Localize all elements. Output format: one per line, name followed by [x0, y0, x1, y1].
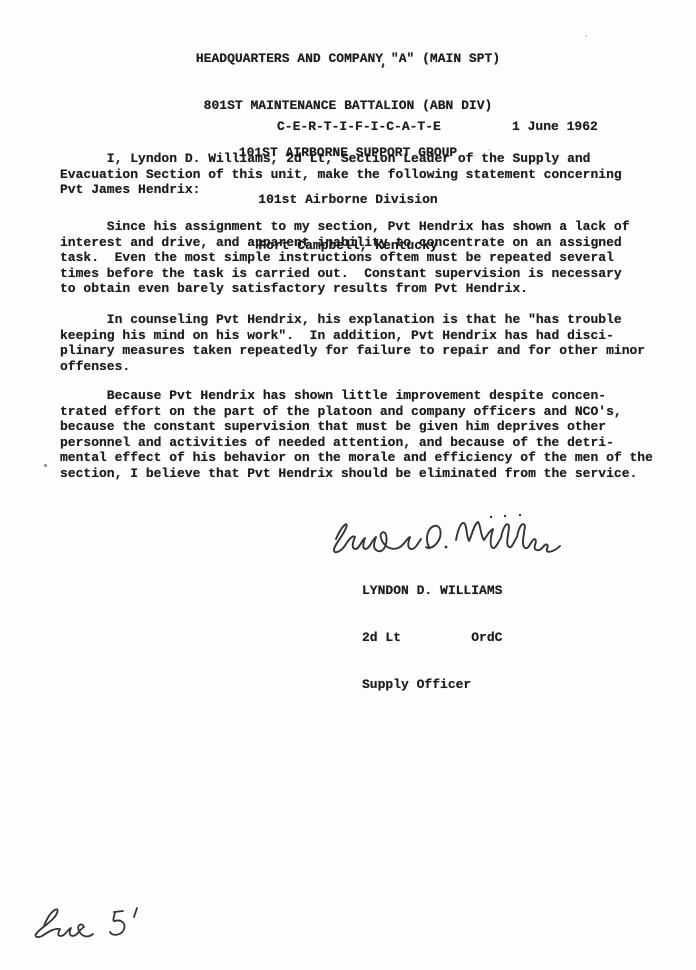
letterhead-battalion-line: 801ST MAINTENANCE BATTALION (ABN DIV): [0, 98, 696, 114]
paragraph-introduction: I, Lyndon D. Williams, 2d Lt, Section Le…: [60, 151, 622, 198]
scan-noise-dot: [44, 464, 47, 467]
paragraph-performance: Since his assignment to my section, Pvt …: [60, 219, 630, 297]
inclosure-annotation: [24, 898, 150, 948]
certificate-date: 1 June 1962: [512, 119, 598, 135]
signatory-rank: 2d Lt OrdC: [362, 630, 502, 646]
certificate-title: C-E-R-T-I-F-I-C-A-T-E: [277, 119, 441, 135]
signatory-title: Supply Officer: [362, 677, 502, 693]
signature-block: LYNDON D. WILLIAMS 2d Lt OrdC Supply Off…: [362, 552, 502, 724]
paragraph-counseling: In counseling Pvt Hendrix, his explanati…: [60, 312, 645, 374]
document-page: HEADQUARTERS AND COMPANY "A" (MAIN SPT) …: [0, 0, 696, 970]
signatory-name: LYNDON D. WILLIAMS: [362, 583, 502, 599]
scan-noise-dot: [488, 149, 490, 151]
scan-noise-dot: [585, 35, 587, 37]
letterhead-unit-line: HEADQUARTERS AND COMPANY "A" (MAIN SPT): [0, 51, 696, 67]
paragraph-recommendation: Because Pvt Hendrix has shown little imp…: [60, 388, 653, 482]
